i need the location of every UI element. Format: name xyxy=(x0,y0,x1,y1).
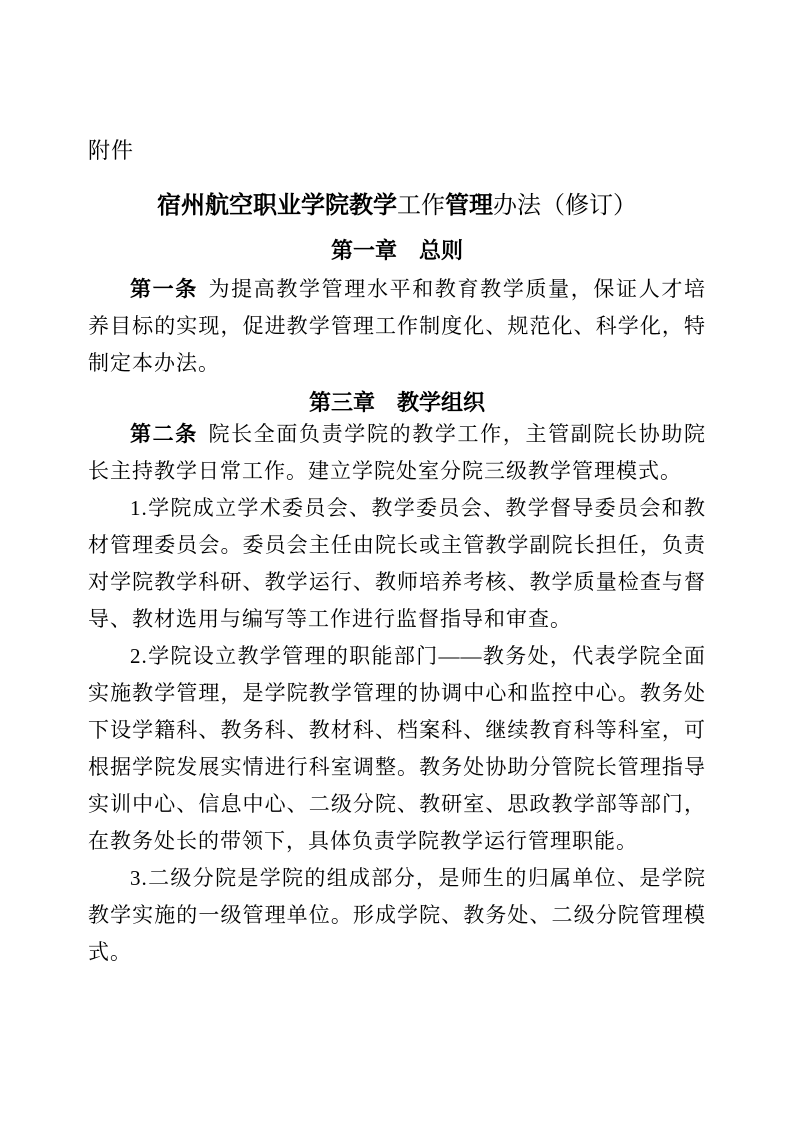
document-page: 附件 宿州航空职业学院教学工作管理办法（修订） 第一章 总则 第一条为提高教学管… xyxy=(0,0,794,1122)
title-run-1: 宿州航空职业学院教学 xyxy=(157,193,397,219)
title-run-2: 工作 xyxy=(397,193,445,219)
numbered-item-3: 3.二级分院是学院的组成部分，是师生的归属单位、是学院教学实施的一级管理单位。形… xyxy=(88,860,706,971)
numbered-item-2: 2.学院设立教学管理的职能部门——教务处，代表学院全面实施教学管理，是学院教学管… xyxy=(88,638,706,860)
article-1-paragraph: 第一条为提高教学管理水平和教育教学质量，保证人才培养目标的实现，促进教学管理工作… xyxy=(88,271,706,382)
title-run-4: 办法（修订） xyxy=(493,193,637,219)
document-content: 附件 宿州航空职业学院教学工作管理办法（修订） 第一章 总则 第一条为提高教学管… xyxy=(88,138,706,971)
article-2-label: 第二条 xyxy=(130,422,198,446)
title-run-3: 管理 xyxy=(445,193,493,219)
numbered-item-1: 1.学院成立学术委员会、教学委员会、教学督导委员会和教材管理委员会。委员会主任由… xyxy=(88,490,706,638)
article-1-label: 第一条 xyxy=(130,277,198,301)
attachment-label: 附件 xyxy=(88,138,706,164)
article-2-paragraph: 第二条院长全面负责学院的教学工作，主管副院长协助院长主持教学日常工作。建立学院处… xyxy=(88,416,706,490)
chapter-1-heading: 第一章 总则 xyxy=(88,238,706,264)
chapter-3-heading: 第三章 教学组织 xyxy=(88,390,706,416)
document-title: 宿州航空职业学院教学工作管理办法（修订） xyxy=(88,191,706,221)
